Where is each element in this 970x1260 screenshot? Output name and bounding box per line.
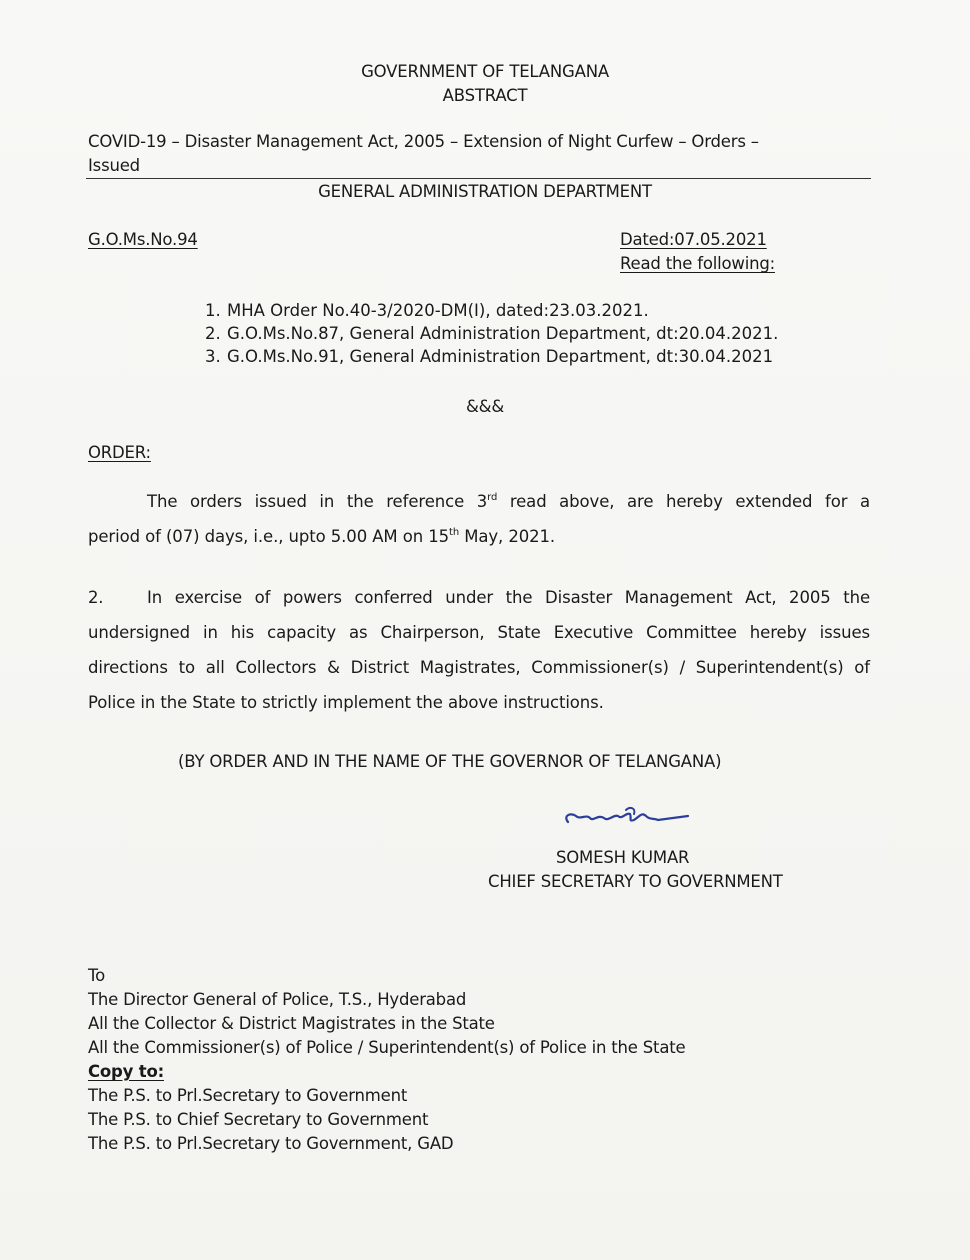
paragraph-2-line: directions to all Collectors & District … — [88, 650, 870, 685]
paragraph-1-line-2: period of (07) days, i.e., upto 5.00 AM … — [88, 519, 870, 554]
copy-recipient-item: The P.S. to Chief Secretary to Governmen… — [88, 1109, 428, 1131]
read-following-label: Read the following: — [620, 253, 775, 275]
order-heading: ORDER: — [88, 442, 151, 464]
subject-divider — [86, 178, 871, 179]
department-title: GENERAL ADMINISTRATION DEPARTMENT — [0, 181, 970, 203]
section-separator: &&& — [0, 396, 970, 418]
references-list: 1.MHA Order No.40-3/2020-DM(I), dated:23… — [205, 299, 778, 368]
reference-item: 1.MHA Order No.40-3/2020-DM(I), dated:23… — [205, 299, 778, 322]
to-label: To — [88, 965, 105, 987]
reference-item: 3.G.O.Ms.No.91, General Administration D… — [205, 345, 778, 368]
recipient-item: The Director General of Police, T.S., Hy… — [88, 989, 466, 1011]
paragraph-2-line: In exercise of powers conferred under th… — [88, 580, 870, 615]
copy-to-label: Copy to: — [88, 1061, 164, 1083]
recipient-item: All the Commissioner(s) of Police / Supe… — [88, 1037, 685, 1059]
subject-line-2: Issued — [88, 155, 140, 177]
copy-recipient-item: The P.S. to Prl.Secretary to Government,… — [88, 1133, 453, 1155]
signature-image — [560, 802, 735, 836]
paragraph-2-line: undersigned in his capacity as Chairpers… — [88, 615, 870, 650]
order-date: Dated:07.05.2021 — [620, 229, 767, 251]
subject-line-1: COVID-19 – Disaster Management Act, 2005… — [88, 131, 759, 153]
signatory-title: CHIEF SECRETARY TO GOVERNMENT — [488, 871, 783, 893]
government-title: GOVERNMENT OF TELANGANA — [0, 61, 970, 83]
signatory-name: SOMESH KUMAR — [556, 847, 689, 869]
recipient-item: All the Collector & District Magistrates… — [88, 1013, 495, 1035]
order-paragraph-2: In exercise of powers conferred under th… — [88, 580, 870, 720]
go-number: G.O.Ms.No.94 — [88, 229, 198, 251]
reference-item: 2.G.O.Ms.No.87, General Administration D… — [205, 322, 778, 345]
copy-recipient-item: The P.S. to Prl.Secretary to Government — [88, 1085, 407, 1107]
abstract-title: ABSTRACT — [0, 85, 970, 107]
authority-line: (BY ORDER AND IN THE NAME OF THE GOVERNO… — [178, 751, 721, 773]
document-page: GOVERNMENT OF TELANGANA ABSTRACT COVID-1… — [0, 0, 970, 1260]
order-paragraph-1: The orders issued in the reference 3rd r… — [88, 484, 870, 554]
paragraph-1-line-1: The orders issued in the reference 3rd r… — [88, 484, 870, 519]
paragraph-2-line: Police in the State to strictly implemen… — [88, 685, 870, 720]
